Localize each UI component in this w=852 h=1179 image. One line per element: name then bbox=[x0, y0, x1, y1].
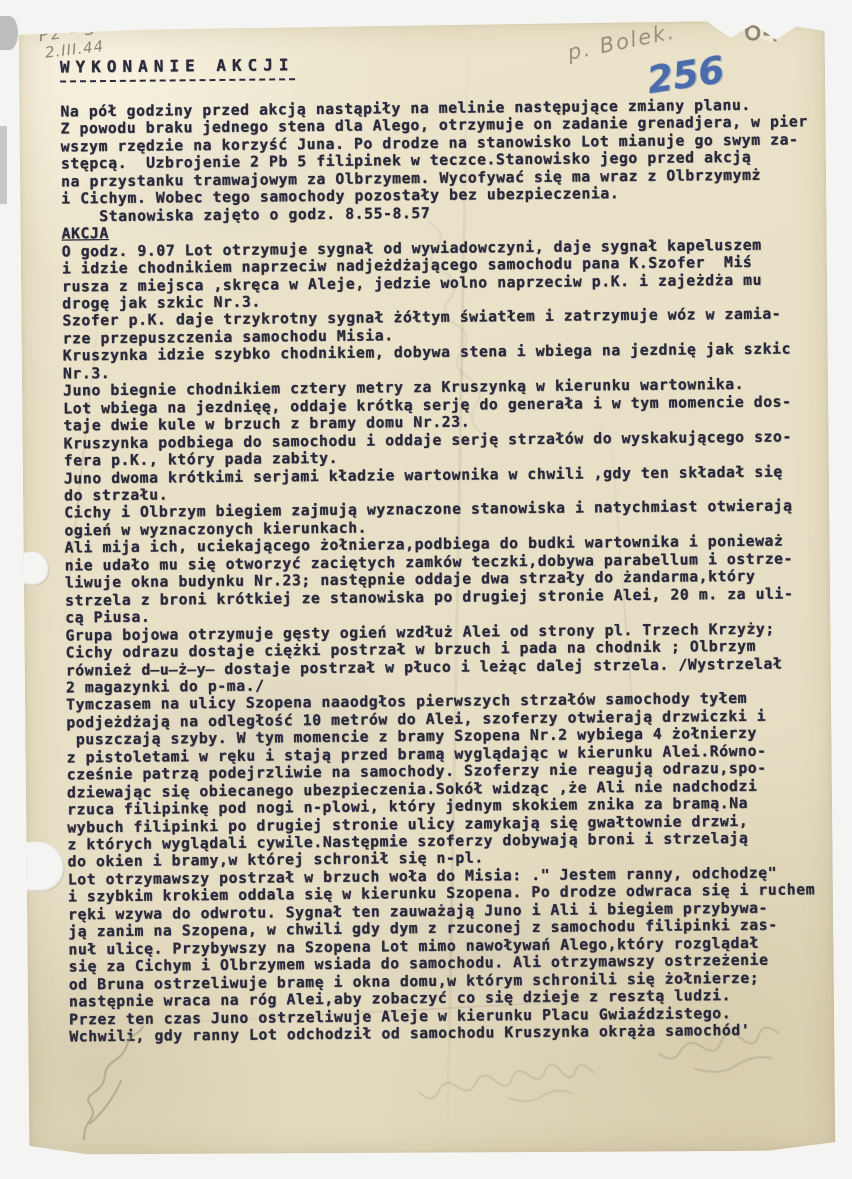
typewritten-content: WYKONANIE AKCJI Na pół godziny przed akc… bbox=[60, 50, 830, 1046]
scan-background-mark bbox=[0, 126, 7, 204]
page-number-pencil: 64 bbox=[742, 20, 784, 50]
paper-hole bbox=[19, 841, 65, 891]
intro-paragraph: Na pół godziny przed akcją nastąpiły na … bbox=[60, 96, 822, 225]
paper-hole bbox=[19, 552, 50, 586]
action-paragraph: O godz. 9.07 Lot otrzymuje sygnał od wyw… bbox=[62, 236, 831, 1046]
bleed-through-script bbox=[394, 1032, 603, 1138]
paper-sheet: Pz - 3 2.III.44 p. Bolek. 64 256 WYKONAN… bbox=[19, 20, 836, 1158]
document-title: WYKONANIE AKCJI bbox=[60, 55, 295, 82]
scan-background-mark bbox=[0, 16, 18, 50]
section-heading-akcja: AKCJA bbox=[61, 225, 108, 243]
